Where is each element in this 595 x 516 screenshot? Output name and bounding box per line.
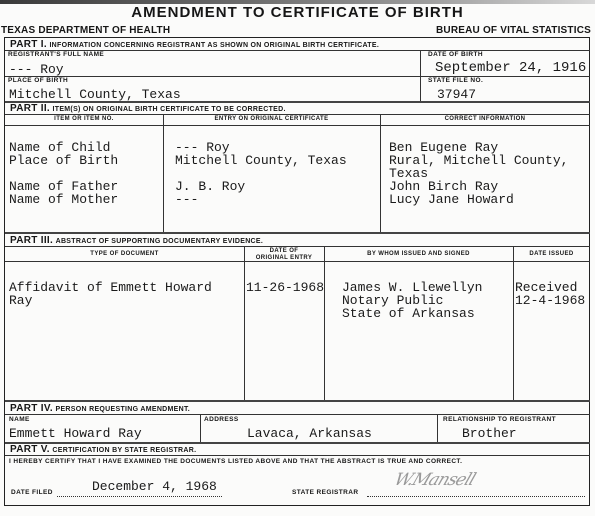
- original-place-of-birth: Mitchell County, Texas: [175, 154, 347, 167]
- part4-number: PART IV.: [10, 403, 53, 414]
- requester-name-label: NAME: [9, 416, 30, 423]
- part1-description: INFORMATION CONCERNING REGISTRANT AS SHO…: [49, 42, 379, 49]
- original-name-of-mother: ---: [175, 193, 198, 206]
- divider: [5, 125, 590, 126]
- column-header-correct-info: CORRECT INFORMATION: [380, 116, 590, 123]
- date-filed-value: December 4, 1968: [92, 480, 217, 493]
- column-header-document-type: TYPE OF DOCUMENT: [5, 251, 244, 258]
- divider: [5, 76, 590, 77]
- part3-column-divider: [324, 246, 325, 400]
- part2-header: PART II. ITEM(S) ON ORIGINAL BIRTH CERTI…: [10, 103, 286, 114]
- divider: [5, 246, 590, 247]
- part2-description: ITEM(S) ON ORIGINAL BIRTH CERTIFICATE TO…: [53, 106, 286, 113]
- part3-number: PART III.: [10, 235, 53, 246]
- section-divider: [5, 232, 590, 234]
- state-file-value: 37947: [437, 88, 476, 101]
- part2-column-divider: [163, 114, 164, 232]
- column-header-date-original-entry: DATE OF ORIGINAL ENTRY: [244, 248, 324, 262]
- document-type-value: Affidavit of Emmett Howard Ray: [9, 281, 212, 307]
- divider: [5, 114, 590, 115]
- date-original-entry-value: 11-26-1968: [246, 281, 324, 294]
- full-name-value: --- Roy: [9, 63, 64, 76]
- place-of-birth-value: Mitchell County, Texas: [9, 88, 181, 101]
- part5-header: PART V. CERTIFICATION BY STATE REGISTRAR…: [10, 444, 196, 455]
- part3-description: ABSTRACT OF SUPPORTING DOCUMENTARY EVIDE…: [56, 238, 264, 245]
- relationship-label: RELATIONSHIP TO REGISTRANT: [443, 416, 556, 423]
- date-of-birth-label: DATE OF BIRTH: [428, 51, 483, 58]
- date-issued-value: Received 12-4-1968: [515, 281, 585, 307]
- full-name-label: REGISTRANT'S FULL NAME: [8, 51, 104, 58]
- certification-statement: I HEREBY CERTIFY THAT I HAVE EXAMINED TH…: [9, 458, 462, 465]
- part4-header: PART IV. PERSON REQUESTING AMENDMENT.: [10, 403, 190, 414]
- part5-number: PART V.: [10, 444, 50, 455]
- part4-column-divider: [200, 414, 201, 442]
- state-file-label: STATE FILE NO.: [428, 77, 483, 84]
- part4-description: PERSON REQUESTING AMENDMENT.: [55, 406, 190, 413]
- requester-address-label: ADDRESS: [204, 416, 239, 423]
- divider: [5, 414, 590, 415]
- part1-number: PART I.: [10, 39, 47, 50]
- document-title: AMENDMENT TO CERTIFICATE OF BIRTH: [0, 4, 595, 21]
- place-of-birth-label: PLACE OF BIRTH: [8, 77, 68, 84]
- column-header-date-issued: DATE ISSUED: [513, 251, 590, 258]
- date-of-birth-value: September 24, 1916: [435, 62, 586, 75]
- part3-column-divider: [513, 246, 514, 400]
- state-registrar-label: STATE REGISTRAR: [292, 489, 358, 496]
- part5-description: CERTIFICATION BY STATE REGISTRAR.: [52, 447, 196, 454]
- issued-by-value: James W. Llewellyn Notary Public State o…: [342, 281, 482, 320]
- correct-name-of-mother: Lucy Jane Howard: [389, 193, 514, 206]
- correct-place-of-birth: Rural, Mitchell County, Texas: [389, 154, 568, 180]
- registrar-signature: W.Mansell: [391, 470, 477, 490]
- column-header-issued-by: BY WHOM ISSUED AND SIGNED: [324, 251, 513, 258]
- part2-number: PART II.: [10, 103, 50, 114]
- requester-address-value: Lavaca, Arkansas: [247, 427, 372, 440]
- state-registrar-line: [367, 496, 585, 497]
- date-filed-label: DATE FILED: [11, 489, 53, 496]
- department-label: TEXAS DEPARTMENT OF HEALTH: [1, 25, 170, 36]
- part2-column-divider: [380, 114, 381, 232]
- part3-header: PART III. ABSTRACT OF SUPPORTING DOCUMEN…: [10, 235, 263, 246]
- divider: [5, 455, 590, 456]
- relationship-value: Brother: [462, 427, 517, 440]
- bureau-label: BUREAU OF VITAL STATISTICS: [436, 25, 591, 36]
- divider: [5, 261, 590, 262]
- part4-column-divider: [437, 414, 438, 442]
- section-divider: [5, 400, 590, 402]
- date-filed-line: [57, 496, 222, 497]
- requester-name-value: Emmett Howard Ray: [9, 427, 142, 440]
- part3-column-divider: [244, 246, 245, 400]
- part1-header: PART I. INFORMATION CONCERNING REGISTRAN…: [10, 39, 379, 50]
- item-name-of-mother: Name of Mother: [9, 193, 118, 206]
- item-place-of-birth: Place of Birth: [9, 154, 118, 167]
- column-header-original-entry: ENTRY ON ORIGINAL CERTIFICATE: [163, 116, 380, 123]
- column-header-item: ITEM OR ITEM NO.: [5, 116, 163, 123]
